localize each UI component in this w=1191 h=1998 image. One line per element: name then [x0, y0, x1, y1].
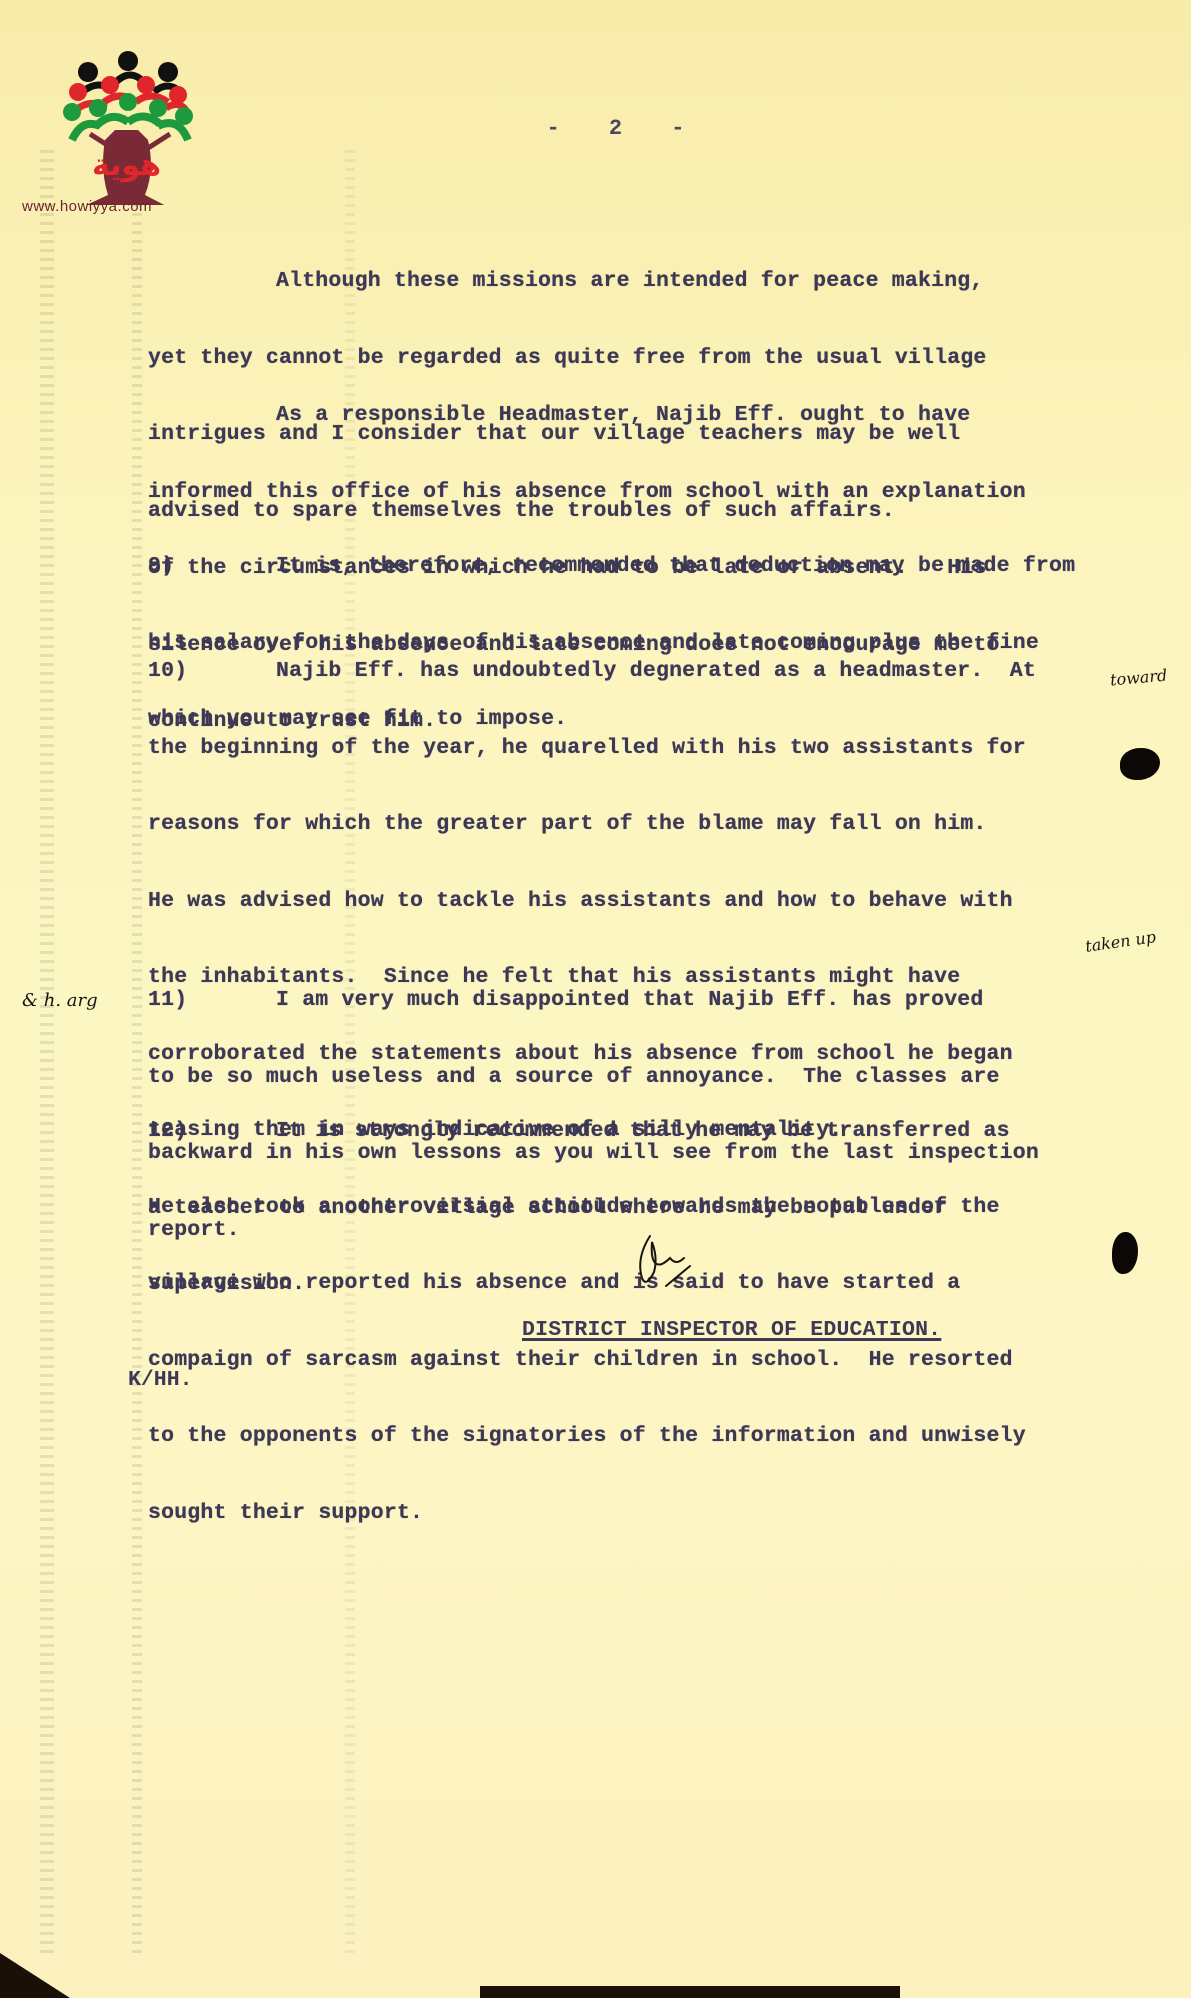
- scan-dark-edge: [480, 1986, 900, 1998]
- scan-artifact-stripe: [132, 150, 142, 1958]
- text-line: a teacher to another village school wher…: [148, 1196, 1188, 1222]
- handwritten-note: & h. arg: [22, 990, 98, 1011]
- document-page: هوية www.howiyya.com - 2 - Although thes…: [0, 0, 1191, 1998]
- text-line: Najib Eff. has undoubtedly degnerated as…: [276, 659, 1036, 683]
- text-line: It is, therefore, recommended that deduc…: [276, 554, 1075, 578]
- paragraph-number: 9): [148, 554, 276, 580]
- paragraph-number: 10): [148, 659, 276, 685]
- page-number: - 2 -: [532, 116, 717, 141]
- text-line: As a responsible Headmaster, Najib Eff. …: [276, 403, 970, 427]
- reference-initials: K/HH.: [128, 1368, 193, 1392]
- scan-dark-corner: [0, 1953, 70, 1998]
- text-line: Although these missions are intended for…: [276, 269, 984, 293]
- text-line: reasons for which the greater part of th…: [148, 812, 1188, 838]
- signatory-title: DISTRICT INSPECTOR OF EDUCATION.: [522, 1318, 941, 1342]
- paragraph-number: 11): [148, 988, 276, 1014]
- text-line: sought their support.: [148, 1501, 1188, 1527]
- text-line: It is strongly recommended that he may b…: [276, 1119, 1010, 1143]
- text-line: I am very much disappointed that Najib E…: [276, 988, 984, 1012]
- text-line: informed this office of his absence from…: [148, 480, 1188, 506]
- text-line: the beginning of the year, he quarelled …: [148, 736, 1188, 762]
- paragraph-number: 12): [148, 1119, 276, 1145]
- scan-artifact-stripe: [40, 150, 54, 1958]
- text-line: to the opponents of the signatories of t…: [148, 1424, 1188, 1450]
- logo-arabic-text: هوية: [92, 148, 161, 183]
- text-line: compaign of sarcasm against their childr…: [148, 1348, 1188, 1374]
- paragraph-12: 12)It is strongly recommended that he ma…: [148, 1068, 1188, 1349]
- logo-url: www.howiyya.com: [22, 198, 152, 215]
- text-line: He was advised how to tackle his assista…: [148, 889, 1188, 915]
- howiyya-logo: هوية: [20, 30, 195, 220]
- signature-scribble-icon: [632, 1228, 712, 1298]
- signature: [632, 1228, 712, 1303]
